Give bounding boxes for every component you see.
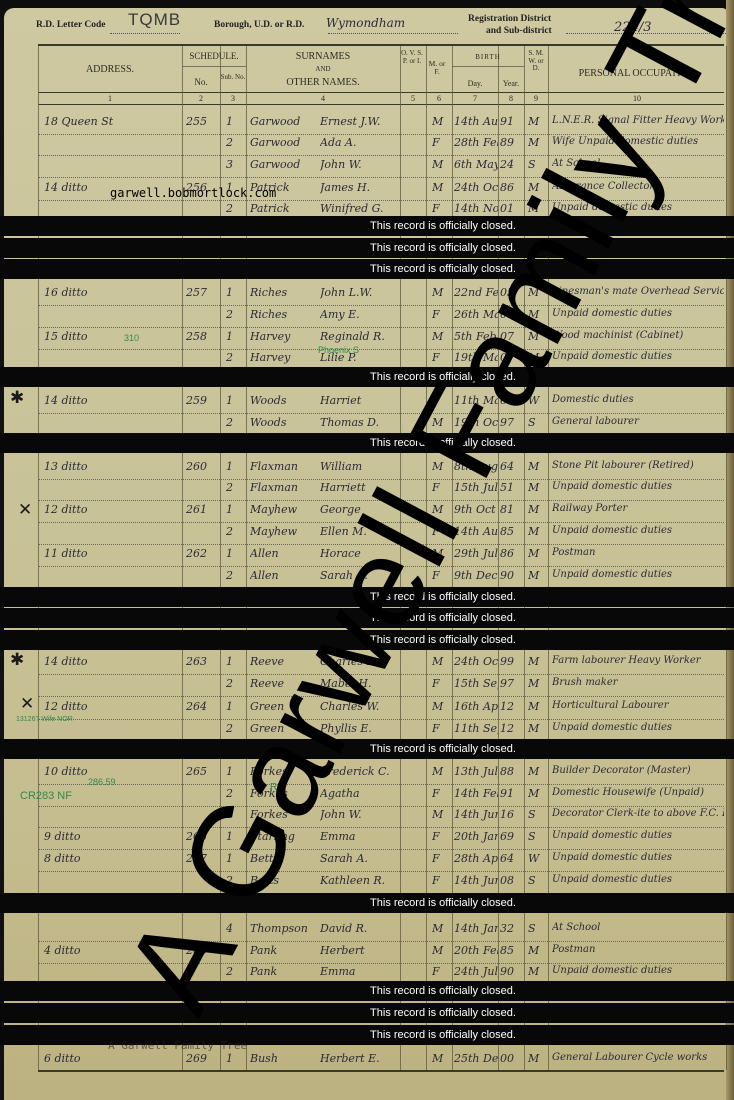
cell-occupation: Unpaid domestic duties (552, 722, 724, 733)
cell-address: 18 Queen St (44, 115, 180, 128)
col-surnames: SURNAMES (248, 51, 398, 62)
cell-year: 69 (500, 830, 524, 843)
cell-status: M (528, 965, 548, 978)
col-address: ADDRESS. (40, 64, 180, 75)
cell-year: 90 (500, 965, 524, 978)
cell-surname: Garwood (250, 136, 320, 149)
cell-day: 28th Apl (454, 852, 498, 865)
cell-status: M (528, 677, 548, 690)
cell-occupation: Stone Pit labourer (Retired) (552, 460, 724, 471)
cell-sched: 262 (186, 547, 220, 560)
cell-sub: 1 (226, 330, 244, 343)
annotation-phoenix: Phoenix S (318, 345, 359, 355)
column-divider (726, 46, 727, 1070)
cell-sched: 255 (186, 115, 220, 128)
cell-surname: Mayhew (250, 503, 320, 516)
cell-surname: Garwood (250, 158, 320, 171)
cell-year: 91 (500, 787, 524, 800)
column-number: 9 (524, 94, 548, 103)
column-number: 6 (426, 94, 452, 103)
cell-sex: M (432, 181, 450, 194)
cell-year: 12 (500, 722, 524, 735)
cell-occupation: At School (552, 922, 724, 933)
cell-names: Ernest J.W. (320, 115, 400, 128)
cell-names: Herbert E. (320, 1052, 400, 1065)
borough-value: Wymondham (326, 16, 405, 30)
page-edge (726, 0, 734, 1100)
cell-occupation: Domestic duties (552, 394, 724, 405)
closed-record-text: This record is officially closed. (370, 743, 516, 755)
cell-occupation: Brush maker (552, 677, 724, 688)
cell-occupation: Unpaid domestic duties (552, 525, 724, 536)
cell-sex: M (432, 808, 450, 821)
closed-record-bar: This record is officially closed. (0, 367, 734, 387)
cell-surname: Mayhew (250, 525, 320, 538)
cell-day: 16th Apl (454, 700, 498, 713)
cell-occupation: Decorator Clerk-ite to above F.C. Forkes (552, 808, 724, 819)
cell-year: 89 (500, 136, 524, 149)
cell-sex: M (432, 922, 450, 935)
closed-record-bar: This record is officially closed. (0, 1003, 734, 1023)
cell-names: Harriet (320, 394, 400, 407)
cell-sex: F (432, 830, 450, 843)
cell-address: 13 ditto (44, 460, 180, 473)
cell-sex: M (432, 115, 450, 128)
cell-occupation: Unpaid domestic duties (552, 965, 724, 976)
cell-sex: M (432, 158, 450, 171)
column-number: 5 (400, 94, 426, 103)
cell-sub: 1 (226, 503, 244, 516)
cell-surname: Bush (250, 1052, 320, 1065)
cell-status: S (528, 830, 548, 843)
cell-names: Ada A. (320, 136, 400, 149)
cell-names: Herbert (320, 944, 400, 957)
cell-sex: M (432, 286, 450, 299)
cell-sub: 2 (226, 351, 244, 364)
cell-address: 11 ditto (44, 547, 180, 560)
cell-occupation: Postman (552, 547, 724, 558)
cell-occupation: Farm labourer Heavy Worker (552, 655, 724, 666)
cell-address: 16 ditto (44, 286, 180, 299)
cell-names: John W. (320, 158, 400, 171)
cell-sub: 1 (226, 115, 244, 128)
cell-sched: 257 (186, 286, 220, 299)
cell-year: 08 (500, 874, 524, 887)
column-number: 7 (452, 94, 498, 103)
watermark-small: A Garwell Family Tree (108, 1039, 247, 1052)
col-birth-year: Year. (498, 80, 524, 89)
cell-status: S (528, 874, 548, 887)
cell-sex: F (432, 852, 450, 865)
annotation-green-ref-2: 286.59 (88, 777, 116, 787)
rd-letter-code-label: R.D. Letter Code (36, 20, 105, 30)
cell-status: M (528, 503, 548, 516)
cell-day: 24th Oct (454, 655, 498, 668)
table-row: 2RichesAmy E.F26th May09MUnpaid domestic… (38, 305, 724, 328)
cell-status: M (528, 787, 548, 800)
cell-sex: M (432, 700, 450, 713)
cell-day: 11th Sept (454, 722, 498, 735)
cell-surname: Woods (250, 394, 320, 407)
table-row: 9 ditto2661StarlingEmmaF20th Jan69SUnpai… (38, 827, 724, 850)
table-row: 3ForkesJohn W.M14th June16SDecorator Cle… (38, 805, 724, 828)
cell-occupation: Railway Porter (552, 503, 724, 514)
cell-sub: 1 (226, 655, 244, 668)
cell-status: S (528, 808, 548, 821)
cell-sex: M (432, 1052, 450, 1065)
subheader-divider (182, 66, 246, 67)
cell-day: 14th June (454, 808, 498, 821)
closed-record-bar: This record is officially closed. (0, 981, 734, 1001)
cell-status: M (528, 460, 548, 473)
cell-status: S (528, 922, 548, 935)
cell-address: 14 ditto (44, 655, 180, 668)
cell-occupation: Unpaid domestic duties (552, 481, 724, 492)
cell-sub: 3 (226, 158, 244, 171)
cell-names: James H. (320, 181, 400, 194)
table-row: 8 ditto2671BettsSarah A.F28th Apl64WUnpa… (38, 849, 724, 872)
cell-day: 14th Aug (454, 115, 498, 128)
cell-surname: Harvey (250, 330, 320, 343)
col-surnames-and: AND (248, 66, 398, 74)
cell-year: 12 (500, 700, 524, 713)
cell-occupation: General labourer (552, 416, 724, 427)
cell-surname: Flaxman (250, 460, 320, 473)
cell-day: 15th Sept (454, 677, 498, 690)
cell-sub: 1 (226, 286, 244, 299)
annotation-green-ref-3: CR283 NF (20, 790, 72, 802)
cell-year: 64 (500, 852, 524, 865)
cell-sex: M (432, 655, 450, 668)
table-row: 2ForkesAgathaF14th Feb91MDomestic Housew… (38, 784, 724, 807)
cell-sub: 2 (226, 481, 244, 494)
cell-occupation: Unpaid domestic duties (552, 569, 724, 580)
cell-sched: 261 (186, 503, 220, 516)
cell-sub: 1 (226, 394, 244, 407)
cross-mark: ✕ (18, 500, 32, 520)
table-row: 10 ditto2651ForkesFrederick C.M13th July… (38, 762, 724, 785)
closed-record-bar: This record is officially closed. (0, 433, 734, 453)
table-row: 6 ditto2691BushHerbert E.M25th Dec00MGen… (38, 1049, 724, 1072)
cell-sub: 2 (226, 308, 244, 321)
table-bottom-rule (38, 1070, 724, 1072)
cell-year: 97 (500, 677, 524, 690)
cell-names: David R. (320, 922, 400, 935)
cell-occupation: Unpaid domestic duties (552, 874, 724, 885)
cell-address: 12 ditto (44, 700, 180, 713)
cell-day: 24th July (454, 965, 498, 978)
col-ovspi: O. V. S. P. or I. (400, 50, 424, 65)
col-smwd: S. M. W. or D. (526, 50, 546, 73)
cell-day: 20th Jan (454, 830, 498, 843)
cell-status: M (528, 722, 548, 735)
cell-year: 32 (500, 922, 524, 935)
col-schedule-sub: Sub. No. (220, 74, 246, 82)
cell-sex: F (432, 722, 450, 735)
cell-status: M (528, 944, 548, 957)
col-other-names: OTHER NAMES. (248, 77, 398, 88)
cell-year: 99 (500, 655, 524, 668)
cell-status: M (528, 765, 548, 778)
cell-sched: 263 (186, 655, 220, 668)
annotation-green-ref-1: 13126? Wife NOR (16, 716, 76, 724)
borough-label: Borough, U.D. or R.D. (214, 20, 304, 30)
cell-status: M (528, 700, 548, 713)
cell-names: Sarah A. (320, 852, 400, 865)
cell-surname: Harvey (250, 351, 320, 364)
cell-sched: 260 (186, 460, 220, 473)
cell-address: 12 ditto (44, 503, 180, 516)
cell-sex: F (432, 202, 450, 215)
cell-names: John L.W. (320, 286, 400, 299)
reg-district-label-1: Registration District (468, 14, 551, 24)
closed-record-text: This record is officially closed. (370, 985, 516, 997)
cell-status: M (528, 569, 548, 582)
col-birth: BIRTH (452, 54, 524, 62)
cell-day: 14th Nov (454, 202, 498, 215)
col-birth-day: Day. (452, 80, 498, 89)
cell-sub: 1 (226, 1052, 244, 1065)
cell-sex: F (432, 787, 450, 800)
cell-day: 25th Dec (454, 1052, 498, 1065)
rd-letter-code-value: TQMB (128, 10, 181, 30)
cell-sub: 1 (226, 547, 244, 560)
cell-names: Kathleen R. (320, 874, 400, 887)
cell-names: Amy E. (320, 308, 400, 321)
cell-sched: 258 (186, 330, 220, 343)
cell-names: Emma (320, 965, 400, 978)
cell-address: 6 ditto (44, 1052, 180, 1065)
column-number: 8 (498, 94, 524, 103)
cell-year: 88 (500, 765, 524, 778)
cell-day: 28th Feb (454, 136, 498, 149)
cell-status: M (528, 655, 548, 668)
cell-occupation: Horticultural Labourer (552, 700, 724, 711)
cell-year: 00 (500, 1052, 524, 1065)
table-row: 14 ditto2591WoodsHarrietF11th May63WDome… (38, 391, 724, 414)
cell-status: W (528, 852, 548, 865)
closed-record-bar: This record is officially closed. (0, 893, 734, 913)
cell-surname: Garwood (250, 115, 320, 128)
cell-sched: 259 (186, 394, 220, 407)
asterisk-mark: ✱ (10, 388, 24, 408)
annotation-310: 310 (124, 333, 139, 343)
cell-surname: Patrick (250, 202, 320, 215)
column-number: 4 (246, 94, 400, 103)
subheader-divider (452, 66, 524, 67)
closed-record-text: This record is officially closed. (370, 1007, 516, 1019)
cell-day: 14th Feb (454, 787, 498, 800)
cell-year: 86 (500, 547, 524, 560)
watermark-site: garwell.bobmortlock.com (110, 186, 276, 200)
cell-surname: Allen (250, 547, 320, 560)
cell-sex: F (432, 965, 450, 978)
cell-sub: 2 (226, 569, 244, 582)
cell-day: 20th Feb (454, 944, 498, 957)
cell-occupation: Builder Decorator (Master) (552, 765, 724, 776)
cell-status: M (528, 1052, 548, 1065)
cell-occupation: Postman (552, 944, 724, 955)
table-row: 15 ditto2581HarveyReginald R.M5th Feb07M… (38, 327, 724, 350)
cell-occupation: Unpaid domestic duties (552, 830, 724, 841)
cell-sub: 2 (226, 202, 244, 215)
cell-day: 13th July (454, 765, 498, 778)
asterisk-mark: ✱ (10, 650, 24, 670)
cell-surname: Flaxman (250, 481, 320, 494)
cell-day: 6th May (454, 158, 498, 171)
cell-day: 24th Oct (454, 181, 498, 194)
cell-sched: 264 (186, 700, 220, 713)
col-mf: M. or F. (426, 60, 448, 77)
cell-surname: Riches (250, 308, 320, 321)
cell-sched: 269 (186, 1052, 220, 1065)
cell-sub: 2 (226, 136, 244, 149)
cell-occupation: Domestic Housewife (Unpaid) (552, 787, 724, 798)
cell-names: Winifred G. (320, 202, 400, 215)
cell-day: 14th Jan (454, 922, 498, 935)
cell-sub: 2 (226, 525, 244, 538)
col-schedule-no: No. (182, 78, 220, 88)
cell-day: 14th June (454, 874, 498, 887)
cell-names: Reginald R. (320, 330, 400, 343)
cell-occupation: Unpaid domestic duties (552, 852, 724, 863)
cell-status: M (528, 525, 548, 538)
cell-address: 15 ditto (44, 330, 180, 343)
cell-year: 91 (500, 115, 524, 128)
cell-year: 85 (500, 944, 524, 957)
cell-sex: M (432, 765, 450, 778)
col-schedule: SCHEDULE. (182, 52, 246, 62)
cell-sex: F (432, 874, 450, 887)
column-number: 2 (182, 94, 220, 103)
cell-address: 14 ditto (44, 394, 180, 407)
cell-surname: Pank (250, 965, 320, 978)
cell-sex: F (432, 136, 450, 149)
cell-surname: Riches (250, 286, 320, 299)
column-number: 3 (220, 94, 246, 103)
cell-occupation: General Labourer Cycle works (552, 1052, 724, 1063)
cell-year: 85 (500, 525, 524, 538)
cell-sex: F (432, 677, 450, 690)
cell-surname: Woods (250, 416, 320, 429)
cell-sub: 1 (226, 460, 244, 473)
closed-record-text: This record is officially closed. (370, 1029, 516, 1041)
cross-mark: ✕ (20, 694, 34, 714)
column-number: 1 (38, 94, 182, 103)
cell-year: 16 (500, 808, 524, 821)
reg-district-label-2: and Sub-district (486, 26, 552, 36)
cell-year: 90 (500, 569, 524, 582)
closed-record-text: This record is officially closed. (370, 897, 516, 909)
cell-status: M (528, 547, 548, 560)
cell-sex: M (432, 944, 450, 957)
cell-status: M (528, 481, 548, 494)
cell-sub: 2 (226, 416, 244, 429)
